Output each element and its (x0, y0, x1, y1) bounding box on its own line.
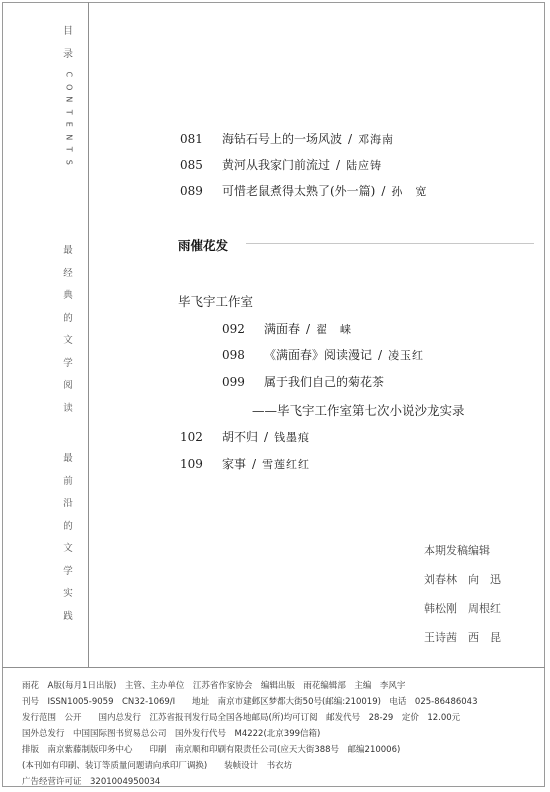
section-rule (246, 243, 534, 244)
entry-author: 邓海南 (358, 133, 394, 146)
editors-label: 本期发稿编辑 (424, 536, 501, 565)
horizontal-divider (2, 667, 545, 668)
toc-entry[interactable]: 109家事/雪莲红红 (180, 455, 310, 472)
toc-entry[interactable]: 092满面春/翟 崃 (222, 320, 352, 337)
editors-row: 王诗茜 西 昆 (424, 623, 501, 652)
page-number: 085 (180, 158, 222, 172)
page-number: 099 (222, 375, 264, 389)
toc-entry[interactable]: 098《满面春》阅读漫记/凌玉红 (222, 346, 424, 363)
slogan-char: 学 (60, 561, 76, 584)
slogan-char: 文 (60, 330, 76, 353)
separator: / (264, 430, 268, 444)
title-cn-2: 录 (60, 45, 76, 60)
separator: / (378, 348, 382, 362)
separator: / (348, 132, 352, 146)
entry-author: 孙 宽 (391, 185, 427, 198)
editors-row: 韩松刚 周根红 (424, 594, 501, 623)
toc-entry[interactable]: 089可惜老鼠煮得太熟了(外一篇)/孙 宽 (180, 182, 427, 199)
entry-author: 翟 崃 (316, 323, 352, 336)
entry-author: 雪莲红红 (262, 458, 310, 471)
colophon-line: 国外总发行 中国国际图书贸易总公司 国外发行代号 M4222(北京399信箱) (22, 726, 477, 742)
slogan-char: 的 (60, 516, 76, 539)
slogan-char: 学 (60, 353, 76, 376)
slogan-char: 实 (60, 583, 76, 606)
page-number: 081 (180, 132, 222, 146)
toc-entry[interactable]: 099属于我们自己的菊花茶 (222, 373, 384, 390)
page-frame (2, 2, 545, 787)
separator: / (306, 322, 310, 336)
sidebar-slogan-1: 最 经 典 的 文 学 阅 读 (60, 240, 76, 420)
colophon-line: 广告经营许可证 3201004950034 (22, 774, 477, 790)
entry-author: 陆应铸 (346, 159, 382, 172)
entry-subtitle: ——毕飞宇工作室第七次小说沙龙实录 (252, 401, 465, 419)
title-cn-1: 目 (60, 22, 76, 37)
colophon: 雨花 A版(每月1日出版) 主管、主办单位 江苏省作家协会 编辑出版 雨花编辑部… (22, 678, 477, 790)
issue-editors: 本期发稿编辑 刘春林 向 迅 韩松刚 周根红 王诗茜 西 昆 (424, 536, 501, 652)
separator: / (336, 158, 340, 172)
slogan-char: 文 (60, 538, 76, 561)
slogan-char: 最 (60, 448, 76, 471)
entry-title: 属于我们自己的菊花茶 (264, 375, 384, 389)
entry-title: 可惜老鼠煮得太熟了(外一篇) (222, 184, 375, 198)
entry-title: 家事 (222, 457, 246, 471)
slogan-char: 阅 (60, 375, 76, 398)
colophon-line: (本刊如有印刷、装订等质量问题请向承印厂调换) 装帧设计 书衣坊 (22, 758, 477, 774)
slogan-char: 最 (60, 240, 76, 263)
page-number: 092 (222, 322, 264, 336)
page-number: 109 (180, 457, 222, 471)
slogan-char: 沿 (60, 493, 76, 516)
sidebar-slogan-2: 最 前 沿 的 文 学 实 践 (60, 448, 76, 628)
sidebar-title: 目 录 CONTENTS (60, 22, 76, 168)
page-number: 102 (180, 430, 222, 444)
slogan-char: 经 (60, 263, 76, 286)
entry-title: 胡不归 (222, 430, 258, 444)
page-number: 089 (180, 184, 222, 198)
toc-entry[interactable]: 102胡不归/钱墨痕 (180, 428, 310, 445)
slogan-char: 读 (60, 398, 76, 421)
page-number: 098 (222, 348, 264, 362)
studio-heading: 毕飞宇工作室 (178, 292, 253, 310)
entry-title: 《满面春》阅读漫记 (264, 348, 372, 362)
vertical-divider (88, 2, 89, 668)
slogan-char: 典 (60, 285, 76, 308)
title-en: CONTENTS (60, 68, 76, 168)
colophon-line: 雨花 A版(每月1日出版) 主管、主办单位 江苏省作家协会 编辑出版 雨花编辑部… (22, 678, 477, 694)
slogan-char: 前 (60, 471, 76, 494)
separator: / (252, 457, 256, 471)
separator: / (381, 184, 385, 198)
colophon-line: 刊号 ISSN1005-9059 CN32-1069/I 地址 南京市建邺区梦都… (22, 694, 477, 710)
toc-entry[interactable]: 081海钻石号上的一场风波/邓海南 (180, 130, 394, 147)
editors-row: 刘春林 向 迅 (424, 565, 501, 594)
colophon-line: 发行范围 公开 国内总发行 江苏省报刊发行局全国各地邮局(所)均可订阅 邮发代号… (22, 710, 477, 726)
slogan-char: 践 (60, 606, 76, 629)
section-heading: 雨催花发 (178, 236, 228, 254)
entry-author: 钱墨痕 (274, 431, 310, 444)
toc-entry[interactable]: 085黄河从我家门前流过/陆应铸 (180, 156, 382, 173)
colophon-line: 排版 南京紫藤制版印务中心 印刷 南京顺和印刷有限责任公司(应天大街388号 邮… (22, 742, 477, 758)
slogan-char: 的 (60, 308, 76, 331)
entry-title: 满面春 (264, 322, 300, 336)
entry-title: 海钻石号上的一场风波 (222, 132, 342, 146)
entry-title: 黄河从我家门前流过 (222, 158, 330, 172)
entry-author: 凌玉红 (388, 349, 424, 362)
